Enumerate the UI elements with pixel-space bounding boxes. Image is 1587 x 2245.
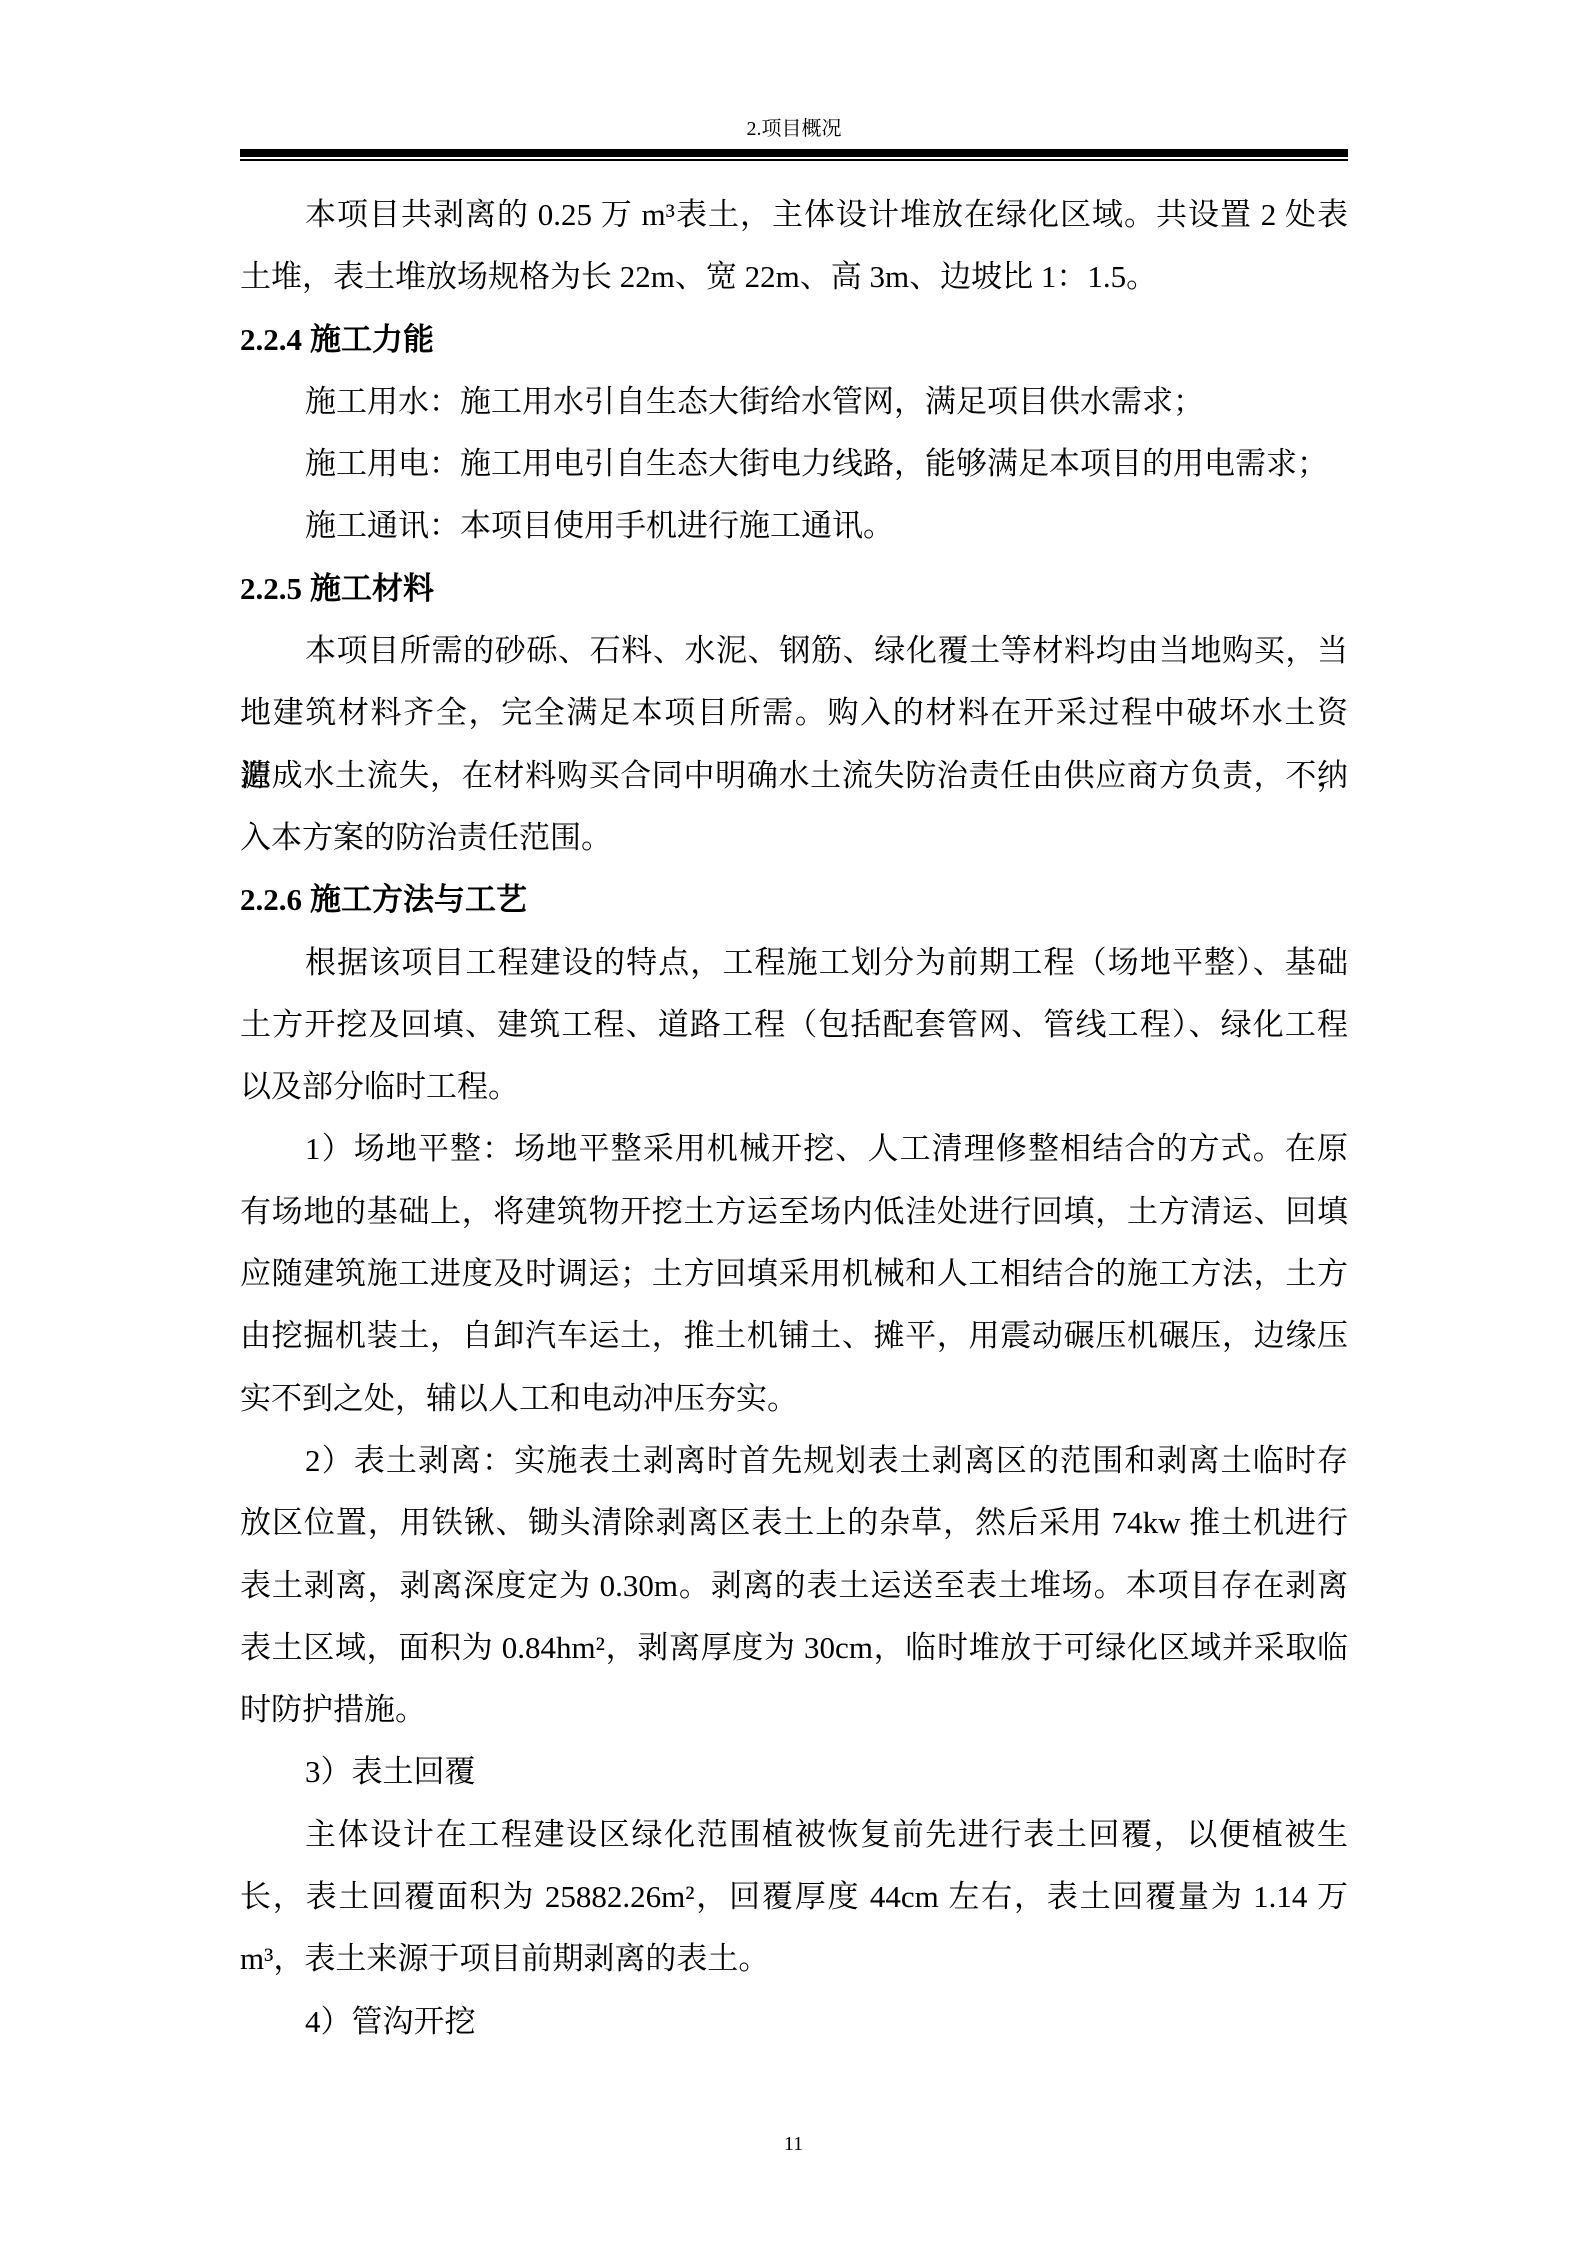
paragraph-line: 以及部分临时工程。 [240, 1056, 1348, 1118]
header-rule-thin [240, 159, 1348, 161]
paragraph-line: 应随建筑施工进度及时调运；土方回填采用机械和人工相结合的施工方法，土方 [240, 1243, 1348, 1305]
paragraph: 2）表土剥离：实施表土剥离时首先规划表土剥离区的范围和剥离土临时存放区位置，用铁… [240, 1430, 1348, 1741]
paragraph-line: m³，表土来源于项目前期剥离的表土。 [240, 1928, 1348, 1990]
paragraph-line: 施工用水：施工用水引自生态大街给水管网，满足项目供水需求； [240, 371, 1348, 433]
paragraph-line: 造成水土流失，在材料购买合同中明确水土流失防治责任由供应商方负责，不纳 [240, 745, 1348, 807]
paragraph-line: 由挖掘机装土，自卸汽车运土，推土机铺土、摊平，用震动碾压机碾压，边缘压 [240, 1305, 1348, 1367]
paragraph-line: 本项目共剥离的 0.25 万 m³表土，主体设计堆放在绿化区域。共设置 2 处表 [240, 184, 1348, 246]
paragraph-line: 放区位置，用铁锹、锄头清除剥离区表土上的杂草，然后采用 74kw 推土机进行 [240, 1492, 1348, 1554]
section-title: 施工力能 [310, 322, 434, 357]
document-body: 本项目共剥离的 0.25 万 m³表土，主体设计堆放在绿化区域。共设置 2 处表… [240, 184, 1348, 2053]
paragraph-line: 土堆，表土堆放场规格为长 22m、宽 22m、高 3m、边坡比 1：1.5。 [240, 246, 1348, 308]
paragraph-line: 2）表土剥离：实施表土剥离时首先规划表土剥离区的范围和剥离土临时存 [240, 1430, 1348, 1492]
paragraph-line: 地建筑材料齐全，完全满足本项目所需。购入的材料在开采过程中破坏水土资源， [240, 682, 1348, 744]
paragraph: 施工通讯：本项目使用手机进行施工通讯。 [240, 495, 1348, 557]
paragraph-line: 4）管沟开挖 [240, 1991, 1348, 2053]
paragraph-line: 入本方案的防治责任范围。 [240, 807, 1348, 869]
paragraph: 根据该项目工程建设的特点，工程施工划分为前期工程（场地平整）、基础土方开挖及回填… [240, 932, 1348, 1119]
paragraph: 主体设计在工程建设区绿化范围植被恢复前先进行表土回覆，以便植被生长，表土回覆面积… [240, 1804, 1348, 1991]
section-number: 2.2.4 [240, 322, 302, 357]
paragraph-line: 有场地的基础上，将建筑物开挖土方运至场内低洼处进行回填，土方清运、回填 [240, 1181, 1348, 1243]
paragraph-line: 1）场地平整：场地平整采用机械开挖、人工清理修整相结合的方式。在原 [240, 1118, 1348, 1180]
section-number: 2.2.6 [240, 882, 302, 917]
section-title: 施工方法与工艺 [310, 882, 527, 917]
paragraph-line: 主体设计在工程建设区绿化范围植被恢复前先进行表土回覆，以便植被生 [240, 1804, 1348, 1866]
paragraph-line: 时防护措施。 [240, 1679, 1348, 1741]
section-heading: 2.2.5施工材料 [240, 558, 1348, 620]
paragraph-line: 根据该项目工程建设的特点，工程施工划分为前期工程（场地平整）、基础 [240, 932, 1348, 994]
paragraph: 施工用水：施工用水引自生态大街给水管网，满足项目供水需求； [240, 371, 1348, 433]
paragraph: 1）场地平整：场地平整采用机械开挖、人工清理修整相结合的方式。在原有场地的基础上… [240, 1118, 1348, 1429]
paragraph-line: 施工通讯：本项目使用手机进行施工通讯。 [240, 495, 1348, 557]
header-rule-thick [240, 149, 1348, 157]
section-number: 2.2.5 [240, 571, 302, 606]
page-number: 11 [0, 2130, 1587, 2158]
running-header: 2.项目概况 [240, 115, 1348, 143]
paragraph-line: 表土剥离，剥离深度定为 0.30m。剥离的表土运送至表土堆场。本项目存在剥离 [240, 1555, 1348, 1617]
paragraph: 施工用电：施工用电引自生态大街电力线路，能够满足本项目的用电需求； [240, 433, 1348, 495]
paragraph: 本项目共剥离的 0.25 万 m³表土，主体设计堆放在绿化区域。共设置 2 处表… [240, 184, 1348, 309]
paragraph: 3）表土回覆 [240, 1741, 1348, 1803]
paragraph-line: 长，表土回覆面积为 25882.26m²，回覆厚度 44cm 左右，表土回覆量为… [240, 1866, 1348, 1928]
paragraph: 4）管沟开挖 [240, 1991, 1348, 2053]
section-heading: 2.2.6施工方法与工艺 [240, 869, 1348, 931]
paragraph-line: 本项目所需的砂砾、石料、水泥、钢筋、绿化覆土等材料均由当地购买，当 [240, 620, 1348, 682]
paragraph-line: 土方开挖及回填、建筑工程、道路工程（包括配套管网、管线工程）、绿化工程 [240, 994, 1348, 1056]
section-title: 施工材料 [310, 571, 434, 606]
paragraph-line: 表土区域，面积为 0.84hm²，剥离厚度为 30cm，临时堆放于可绿化区域并采… [240, 1617, 1348, 1679]
paragraph-line: 实不到之处，辅以人工和电动冲压夯实。 [240, 1368, 1348, 1430]
paragraph-line: 3）表土回覆 [240, 1741, 1348, 1803]
paragraph-line: 施工用电：施工用电引自生态大街电力线路，能够满足本项目的用电需求； [240, 433, 1348, 495]
paragraph: 本项目所需的砂砾、石料、水泥、钢筋、绿化覆土等材料均由当地购买，当地建筑材料齐全… [240, 620, 1348, 869]
section-heading: 2.2.4施工力能 [240, 309, 1348, 371]
